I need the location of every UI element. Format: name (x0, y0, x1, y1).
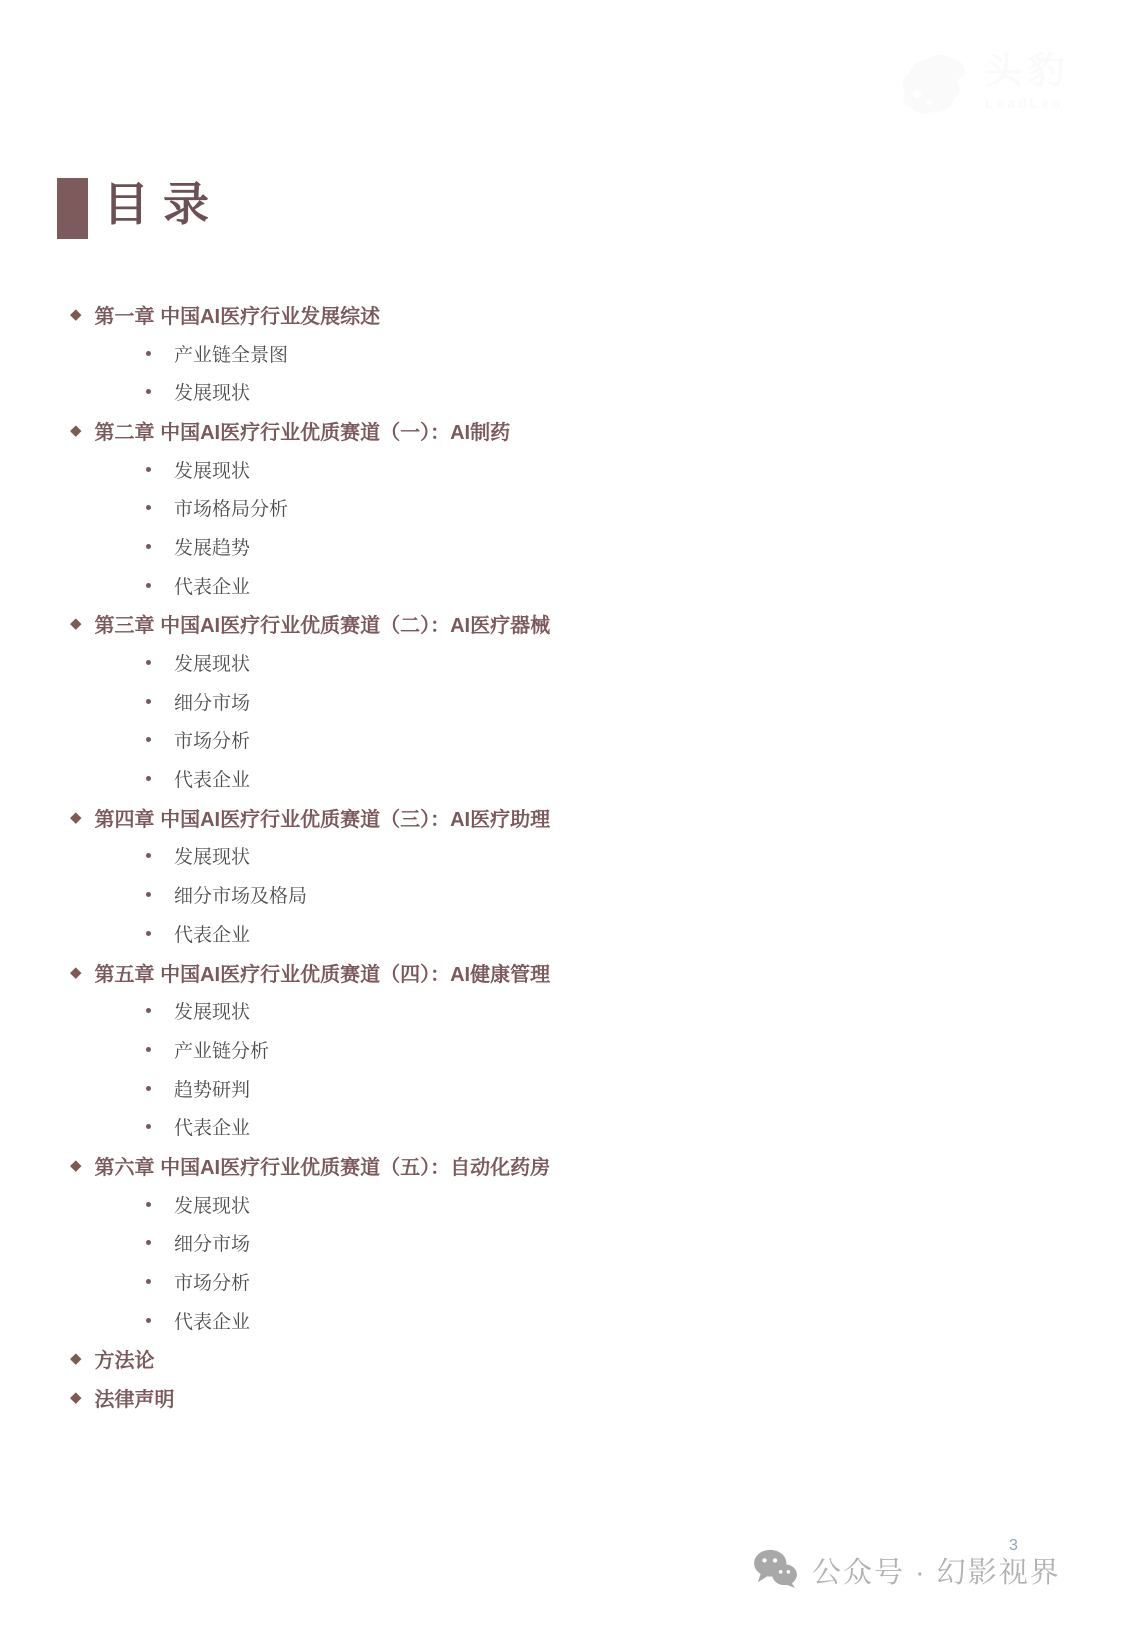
toc-item-row: 市场格局分析 (70, 488, 1010, 527)
toc-item-row: 细分市场 (70, 1224, 1010, 1263)
diamond-bullet-icon: ◆ (70, 423, 82, 438)
diamond-bullet-icon: ◆ (70, 810, 82, 825)
document-page: 头豹 LeadLeo 目录 ◆ 第一章 中国AI医疗行业发展综述 产业链全景图 … (0, 0, 1125, 1625)
toc-item-label: 市场分析 (174, 726, 250, 753)
toc-chapter-label: 第一章 中国AI医疗行业发展综述 (95, 300, 381, 329)
leopard-icon (893, 50, 973, 125)
diamond-bullet-icon: ◆ (70, 307, 82, 322)
toc-chapter-row: ◆ 法律声明 (70, 1378, 1010, 1417)
dot-bullet-icon (146, 892, 151, 897)
toc-item-row: 代表企业 (70, 914, 1010, 953)
diamond-bullet-icon: ◆ (70, 1158, 82, 1173)
toc-item-row: 趋势研判 (70, 1069, 1010, 1108)
toc-chapter-row: ◆ 第三章 中国AI医疗行业优质赛道（二）：AI医疗器械 (70, 605, 1010, 644)
title-accent-bar (57, 178, 88, 239)
toc-item-label: 产业链全景图 (174, 340, 288, 367)
toc-chapter-label: 方法论 (95, 1344, 155, 1373)
dot-bullet-icon (146, 1318, 151, 1323)
dot-bullet-icon (146, 931, 151, 936)
dot-bullet-icon (146, 853, 151, 858)
dot-bullet-icon (146, 1202, 151, 1207)
diamond-bullet-icon: ◆ (70, 1390, 82, 1405)
dot-bullet-icon (146, 1124, 151, 1129)
toc-chapter-row: ◆ 第二章 中国AI医疗行业优质赛道（一）：AI制药 (70, 411, 1010, 450)
dot-bullet-icon (146, 1047, 151, 1052)
dot-bullet-icon (146, 505, 151, 510)
dot-bullet-icon (146, 776, 151, 781)
toc-chapter-row: ◆ 第六章 中国AI医疗行业优质赛道（五）：自动化药房 (70, 1146, 1010, 1185)
toc-item-label: 代表企业 (174, 572, 250, 599)
toc-chapter-label: 第六章 中国AI医疗行业优质赛道（五）：自动化药房 (95, 1151, 551, 1180)
diamond-bullet-icon: ◆ (70, 616, 82, 631)
toc-item-row: 发展现状 (70, 450, 1010, 489)
toc-chapter-row: ◆ 第五章 中国AI医疗行业优质赛道（四）：AI健康管理 (70, 953, 1010, 992)
toc-chapter-row: ◆ 第一章 中国AI医疗行业发展综述 (70, 295, 1010, 334)
toc-chapter-label: 法律声明 (95, 1383, 175, 1412)
toc-item-row: 发展趋势 (70, 527, 1010, 566)
dot-bullet-icon (146, 699, 151, 704)
dot-bullet-icon (146, 389, 151, 394)
toc-item-label: 市场分析 (174, 1268, 250, 1295)
toc-item-label: 发展现状 (174, 842, 250, 869)
toc-item-row: 产业链分析 (70, 1030, 1010, 1069)
wechat-icon (752, 1548, 798, 1593)
toc-item-label: 细分市场 (174, 688, 250, 715)
toc-item-row: 代表企业 (70, 759, 1010, 798)
toc-item-label: 细分市场 (174, 1229, 250, 1256)
toc-chapter-label: 第五章 中国AI医疗行业优质赛道（四）：AI健康管理 (95, 958, 551, 987)
toc-chapter-row: ◆ 第四章 中国AI医疗行业优质赛道（三）：AI医疗助理 (70, 798, 1010, 837)
diamond-bullet-icon: ◆ (70, 1351, 82, 1366)
brand-name-cn: 头豹 (985, 50, 1071, 93)
toc-item-label: 代表企业 (174, 1307, 250, 1334)
dot-bullet-icon (146, 1086, 151, 1091)
dot-bullet-icon (146, 583, 151, 588)
toc-item-row: 代表企业 (70, 1301, 1010, 1340)
toc-item-label: 发展现状 (174, 456, 250, 483)
dot-bullet-icon (146, 737, 151, 742)
toc-item-label: 市场格局分析 (174, 494, 288, 521)
toc-item-label: 代表企业 (174, 1113, 250, 1140)
toc-item-row: 市场分析 (70, 1262, 1010, 1301)
toc-item-label: 产业链分析 (174, 1036, 269, 1063)
toc-chapter-row: ◆ 方法论 (70, 1340, 1010, 1379)
dot-bullet-icon (146, 1240, 151, 1245)
dot-bullet-icon (146, 660, 151, 665)
brand-name-en: LeadLeo (985, 95, 1064, 111)
dot-bullet-icon (146, 351, 151, 356)
toc-item-row: 代表企业 (70, 566, 1010, 605)
dot-bullet-icon (146, 1008, 151, 1013)
dot-bullet-icon (146, 467, 151, 472)
toc-list: ◆ 第一章 中国AI医疗行业发展综述 产业链全景图 发展现状 ◆ 第二章 中国A… (70, 295, 1010, 1417)
toc-item-label: 趋势研判 (174, 1075, 250, 1102)
toc-item-label: 发展现状 (174, 378, 250, 405)
toc-item-row: 发展现状 (70, 372, 1010, 411)
dot-bullet-icon (146, 544, 151, 549)
dot-bullet-icon (146, 1279, 151, 1284)
diamond-bullet-icon: ◆ (70, 965, 82, 980)
page-title: 目录 (103, 172, 223, 236)
toc-chapter-label: 第四章 中国AI医疗行业优质赛道（三）：AI医疗助理 (95, 803, 551, 832)
brand-logo-text: 头豹 LeadLeo (985, 50, 1071, 111)
toc-item-label: 代表企业 (174, 920, 250, 947)
toc-item-row: 细分市场及格局 (70, 875, 1010, 914)
toc-item-row: 产业链全景图 (70, 334, 1010, 373)
toc-item-label: 发展现状 (174, 1191, 250, 1218)
toc-item-row: 发展现状 (70, 643, 1010, 682)
toc-item-label: 发展趋势 (174, 533, 250, 560)
toc-chapter-label: 第二章 中国AI医疗行业优质赛道（一）：AI制药 (95, 416, 511, 445)
toc-item-row: 代表企业 (70, 1107, 1010, 1146)
toc-item-label: 发展现状 (174, 649, 250, 676)
toc-item-row: 发展现状 (70, 1185, 1010, 1224)
toc-item-label: 细分市场及格局 (174, 881, 307, 908)
toc-item-row: 市场分析 (70, 721, 1010, 760)
toc-chapter-label: 第三章 中国AI医疗行业优质赛道（二）：AI医疗器械 (95, 609, 551, 638)
toc-item-label: 代表企业 (174, 765, 250, 792)
toc-item-row: 发展现状 (70, 837, 1010, 876)
toc-item-label: 发展现状 (174, 997, 250, 1024)
footer-watermark-text: 公众号 · 幻影视界 (812, 1550, 1061, 1591)
toc-item-row: 细分市场 (70, 682, 1010, 721)
toc-item-row: 发展现状 (70, 991, 1010, 1030)
brand-logo: 头豹 LeadLeo (893, 50, 1071, 125)
page-number: 3 (1009, 1537, 1018, 1555)
